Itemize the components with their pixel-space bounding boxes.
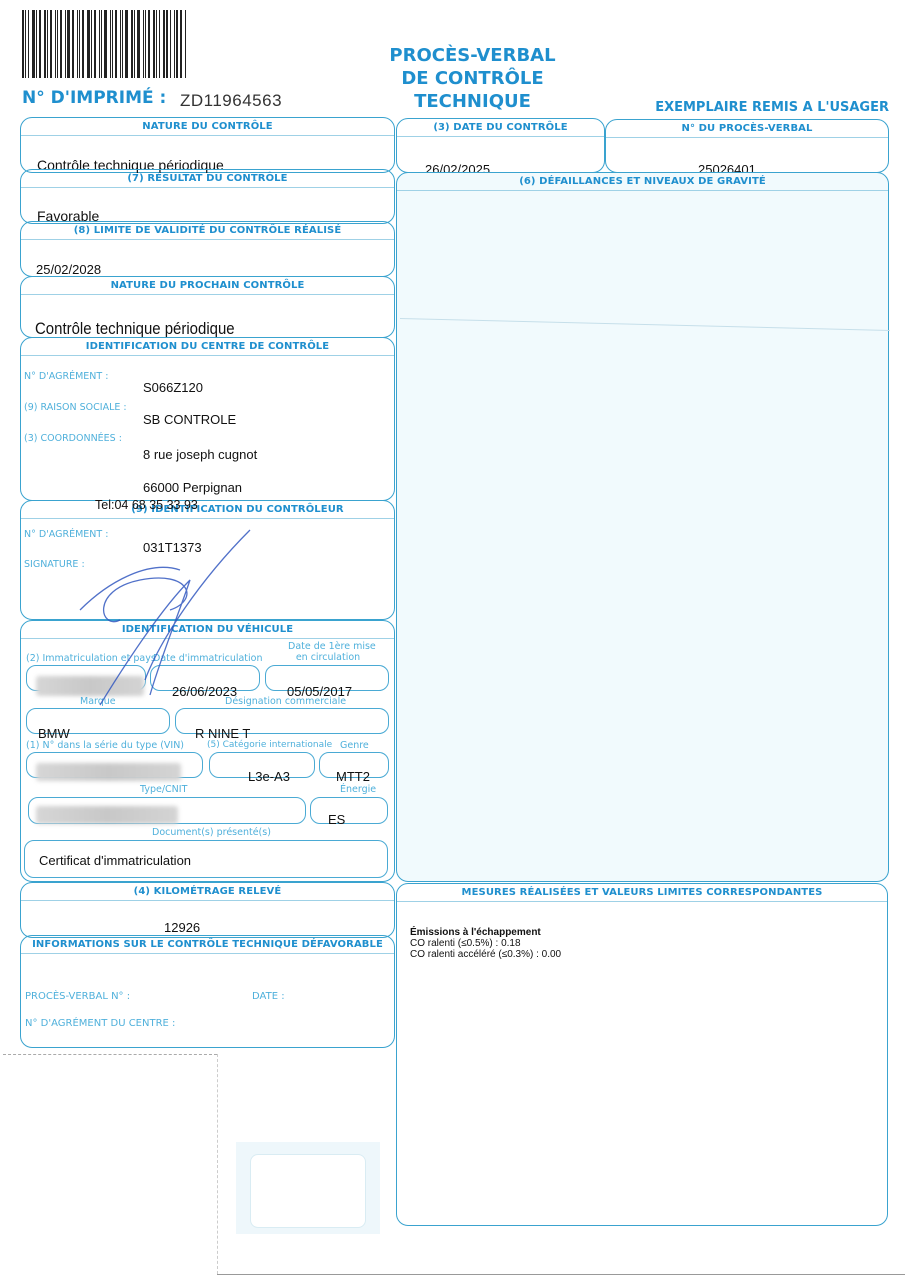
centre-phone: Tel:04 68 35 33 93 (95, 498, 198, 512)
centre-agrement-label: N° D'AGRÉMENT : (24, 371, 108, 382)
coordonnees-label: (3) COORDONNÉES : (24, 433, 122, 444)
barcode-bar (44, 10, 46, 78)
barcode-bar (163, 10, 165, 78)
premiere-mise-label: Date de 1ère mise en circulation (288, 641, 368, 663)
prochain-controle-value: Contrôle technique périodique (35, 319, 235, 339)
print-number-value: ZD11964563 (180, 91, 282, 111)
barcode-bar (57, 10, 58, 78)
resultat-label: (7) RÉSULTAT DU CONTRÔLE (21, 170, 394, 188)
designation-label: Désignation commerciale (225, 696, 346, 707)
barcode-bar (28, 10, 29, 78)
barcode-bar (137, 10, 140, 78)
limite-validite-value: 25/02/2028 (36, 262, 101, 277)
barcode-bar (143, 10, 144, 78)
controleur-agrement-label: N° D'AGRÉMENT : (24, 529, 108, 540)
document-title: PROCÈS-VERBAL DE CONTRÔLE TECHNIQUE (340, 44, 605, 113)
mesures-line: CO ralenti accéléré (≤0.3%) : 0.00 (410, 949, 561, 960)
prochain-controle-label: NATURE DU PROCHAIN CONTRÔLE (21, 277, 394, 295)
controleur-agrement-value: 031T1373 (143, 540, 202, 555)
categorie-label: (5) Catégorie internationale (207, 740, 332, 750)
tear-line-vertical (217, 1054, 218, 1274)
mesures-section-title: Émissions à l'échappement (410, 927, 541, 938)
defavorable-label: INFORMATIONS SUR LE CONTRÔLE TECHNIQUE D… (21, 936, 394, 954)
barcode-bar (170, 10, 171, 78)
documents-label: Document(s) présenté(s) (152, 827, 271, 838)
barcode-bar (101, 10, 102, 78)
barcode-bar (36, 10, 37, 78)
kilometrage-value: 12926 (164, 920, 200, 935)
vin-redacted (36, 763, 181, 781)
immatriculation-redacted (36, 676, 144, 696)
kilometrage-box: (4) KILOMÉTRAGE RELEVÉ (20, 882, 395, 938)
barcode-bar (22, 10, 24, 78)
barcode-bar (94, 10, 96, 78)
barcode-bar (125, 10, 128, 78)
barcode-bar (50, 10, 53, 78)
title-line-1: PROCÈS-VERBAL (340, 44, 605, 67)
barcode-bar (25, 10, 26, 78)
defaillances-label: (6) DÉFAILLANCES ET NIVEAUX DE GRAVITÉ (397, 173, 888, 191)
barcode-bar (87, 10, 90, 78)
centre-label: IDENTIFICATION DU CENTRE DE CONTRÔLE (21, 338, 394, 356)
immatriculation-label: (2) Immatriculation et pays (26, 653, 156, 664)
barcode-bar (110, 10, 111, 78)
stamp-area (236, 1142, 380, 1234)
genre-label: Genre (340, 740, 369, 751)
barcode-bar (79, 10, 80, 78)
defavorable-agrement-label: N° D'AGRÉMENT DU CENTRE : (25, 1018, 175, 1029)
premiere-mise-label-2: en circulation (288, 652, 368, 663)
address-line-1: 8 rue joseph cugnot (143, 447, 257, 462)
kilometrage-label: (4) KILOMÉTRAGE RELEVÉ (21, 883, 394, 901)
energie-field (310, 797, 388, 824)
date-controle-label: (3) DATE DU CONTRÔLE (397, 119, 604, 137)
barcode-bar (32, 10, 35, 78)
raison-sociale-label: (9) RAISON SOCIALE : (24, 402, 127, 413)
barcode-bar (104, 10, 107, 78)
documents-value: Certificat d'immatriculation (39, 853, 191, 868)
premiere-mise-label-1: Date de 1ère mise (288, 641, 368, 652)
barcode-bar (156, 10, 157, 78)
tear-line (3, 1054, 217, 1055)
energie-label: Énergie (340, 784, 376, 795)
barcode-bar (65, 10, 66, 78)
centre-agrement-value: S066Z120 (143, 380, 203, 395)
barcode-bar (145, 10, 146, 78)
barcode-bar (115, 10, 117, 78)
barcode-bar (134, 10, 135, 78)
barcode-bar (82, 10, 84, 78)
genre-value: MTT2 (336, 769, 370, 784)
barcode-bar (180, 10, 182, 78)
mesures-label: MESURES RÉALISÉES ET VALEURS LIMITES COR… (397, 884, 887, 902)
address-line-2: 66000 Perpignan (143, 480, 242, 495)
date-immat-label: Date d'immatriculation (153, 653, 263, 664)
vehicule-label: IDENTIFICATION DU VÉHICULE (21, 621, 394, 639)
barcode-bar (120, 10, 121, 78)
barcode-bar (99, 10, 100, 78)
barcode-bar (148, 10, 150, 78)
barcode-bar (185, 10, 186, 78)
barcode-bar (91, 10, 92, 78)
defavorable-pv-label: PROCÈS-VERBAL N° : (25, 991, 130, 1002)
barcode-bar (39, 10, 41, 78)
energie-value: ES (328, 812, 345, 827)
mesures-line: CO ralenti (≤0.5%) : 0.18 (410, 938, 521, 949)
stamp-window (250, 1154, 366, 1228)
signature-label: SIGNATURE : (24, 559, 85, 570)
barcode-bar (72, 10, 74, 78)
title-line-2: DE CONTRÔLE TECHNIQUE (340, 67, 605, 113)
barcode-bar (112, 10, 114, 78)
print-number-label: N° D'IMPRIMÉ : (22, 88, 166, 108)
defaillances-box: (6) DÉFAILLANCES ET NIVEAUX DE GRAVITÉ (396, 172, 889, 882)
barcode-bar (67, 10, 70, 78)
barcode-bar (60, 10, 62, 78)
barcode-bar (55, 10, 56, 78)
copy-label: EXEMPLAIRE REMIS A L'USAGER (655, 100, 889, 115)
barcode-bar (159, 10, 160, 78)
categorie-value: L3e-A3 (248, 769, 290, 784)
marque-value: BMW (38, 726, 70, 741)
numero-pv-label: N° DU PROCÈS-VERBAL (606, 120, 888, 138)
barcode-bar (176, 10, 178, 78)
marque-label: Marque (80, 696, 116, 707)
barcode-bar (77, 10, 78, 78)
nature-controle-label: NATURE DU CONTRÔLE (21, 118, 394, 136)
defavorable-date-label: DATE : (252, 991, 285, 1002)
raison-sociale-value: SB CONTROLE (143, 412, 236, 427)
barcode-bar (122, 10, 123, 78)
barcode-bar (47, 10, 48, 78)
type-cnit-label: Type/CNIT (140, 784, 187, 795)
barcode-bar (131, 10, 133, 78)
barcode-bar (174, 10, 175, 78)
vin-label: (1) N° dans la série du type (VIN) (26, 740, 184, 751)
barcode-bar (153, 10, 155, 78)
limite-validite-label: (8) LIMITE DE VALIDITÉ DU CONTRÔLE RÉALI… (21, 222, 394, 240)
type-cnit-redacted (36, 806, 178, 824)
designation-value: R NINE T (195, 726, 250, 741)
barcode-bar (166, 10, 169, 78)
controleur-label: (9) IDENTIFICATION DU CONTRÔLEUR (21, 501, 394, 519)
paper-edge (217, 1274, 905, 1275)
barcode-icon (22, 10, 187, 78)
